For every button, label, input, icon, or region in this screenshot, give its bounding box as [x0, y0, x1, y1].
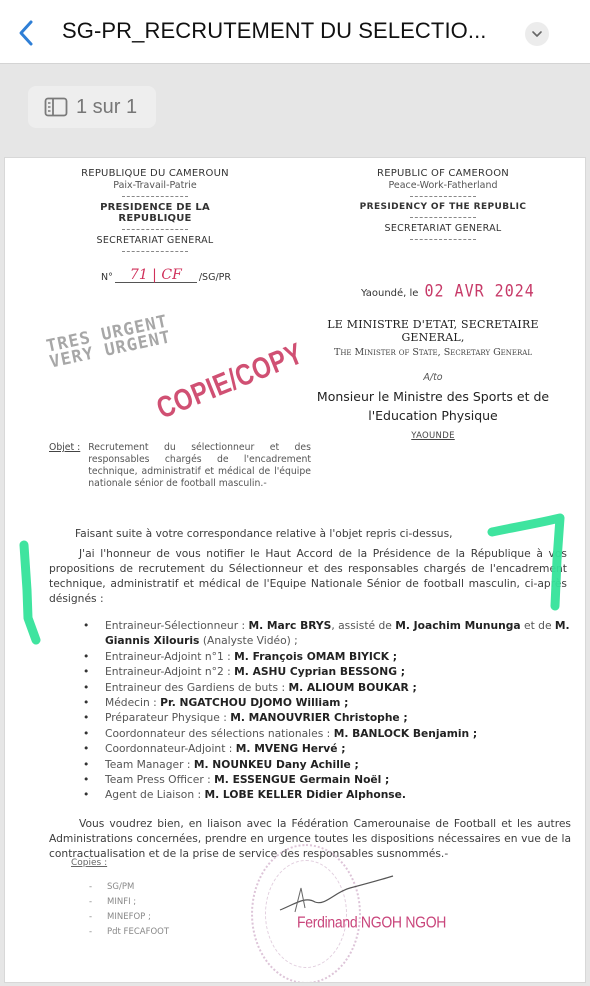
appointment-item: Entraineur des Gardiens de buts : M. ALI…	[83, 680, 573, 695]
subject-label: Objet :	[49, 442, 80, 490]
title-menu-button[interactable]	[525, 22, 549, 46]
motto-fr: Paix-Travail-Patrie	[65, 180, 245, 191]
sidebar-thumbnails-icon	[44, 97, 68, 117]
appointee-name: M. ESSENGUE Germain Noël ;	[214, 773, 389, 786]
page-count-label: 1 sur 1	[76, 96, 137, 119]
country-en: REPUBLIC OF CAMEROON	[351, 168, 535, 179]
copy-stamp: COPIE/COPY	[152, 337, 308, 427]
appointee-name: M. François OMAM BIYICK ;	[234, 650, 397, 663]
appointment-role: Coordonnateur des sélections nationales …	[105, 727, 334, 740]
page-indicator-button[interactable]: 1 sur 1	[28, 86, 156, 128]
divider	[122, 229, 188, 230]
subject-block: Objet : Recrutement du sélectionneur et …	[49, 442, 311, 490]
sender-title-fr: LE MINISTRE D'ETAT, SECRETAIRE GENERAL,	[299, 318, 567, 344]
appointment-item: Coordonnateur des sélections nationales …	[83, 726, 573, 741]
header-left: REPUBLIQUE DU CAMEROUN Paix-Travail-Patr…	[65, 168, 245, 257]
appointee-name: M. BANLOCK Benjamin ;	[334, 727, 477, 740]
appointment-role: Coordonnateur-Adjoint :	[105, 742, 236, 755]
sender-title-en: The Minister of State, Secretary General	[299, 347, 567, 358]
copies-list: SG/PMMINFI ;MINEFOP ;Pdt FECAFOOT	[71, 880, 169, 940]
appointment-item: Préparateur Physique : M. MANOUVRIER Chr…	[83, 710, 573, 725]
appointment-role: Préparateur Physique :	[105, 711, 230, 724]
appointee-name: M. MANOUVRIER Christophe ;	[230, 711, 407, 724]
date-line: Yaoundé, le 02 AVR 2024	[361, 282, 535, 300]
divider	[122, 251, 188, 252]
appointment-item: Team Press Officer : M. ESSENGUE Germain…	[83, 772, 573, 787]
appointment-role: Entraineur des Gardiens de buts :	[105, 681, 288, 694]
appointee-name: M. ALIOUM BOUKAR ;	[288, 681, 416, 694]
urgent-stamp: TRES URGENT VERY URGENT	[45, 314, 173, 371]
ato-label: A/to	[299, 372, 567, 383]
appointment-item: Médecin : Pr. NGATCHOU DJOMO William ;	[83, 695, 573, 710]
appointment-role: Entraineur-Adjoint n°2 :	[105, 665, 234, 678]
top-navigation-bar: SG-PR_RECRUTEMENT DU SELECTIO...	[0, 0, 590, 64]
signature-stroke	[275, 874, 395, 914]
copy-recipient: Pdt FECAFOOT	[89, 925, 169, 940]
appointment-item: Coordonnateur-Adjoint : M. MVENG Hervé ;	[83, 741, 573, 756]
copies-label: Copies :	[71, 858, 169, 868]
copy-recipient: MINFI ;	[89, 895, 169, 910]
department-en: SECRETARIAT GENERAL	[351, 223, 535, 234]
copies-block: Copies : SG/PMMINFI ;MINEFOP ;Pdt FECAFO…	[71, 858, 169, 940]
divider	[410, 217, 476, 218]
appointment-item: Entraineur-Sélectionneur : M. Marc BRYS,…	[83, 618, 573, 649]
appointee-name: M. NOUNKEU Dany Achille ;	[194, 758, 359, 771]
country-fr: REPUBLIQUE DU CAMEROUN	[65, 168, 245, 179]
appointment-item: Entraineur-Adjoint n°1 : M. François OMA…	[83, 649, 573, 664]
appointment-role: Médecin :	[105, 696, 160, 709]
reference-suffix: /SG/PR	[199, 272, 231, 283]
appointee-name: M. Joachim Mununga	[395, 619, 520, 632]
appointment-item: Agent de Liaison : M. LOBE KELLER Didier…	[83, 787, 573, 802]
copy-recipient: SG/PM	[89, 880, 169, 895]
header-right: REPUBLIC OF CAMEROON Peace-Work-Fatherla…	[351, 168, 535, 245]
appointment-role: Entraineur-Sélectionneur :	[105, 619, 248, 632]
motto-en: Peace-Work-Fatherland	[351, 180, 535, 191]
reference-handwritten: 71 | CF	[115, 268, 197, 283]
appointee-name: M. ASHU Cyprian BESSONG ;	[234, 665, 405, 678]
subject-text: Recrutement du sélectionneur et des resp…	[88, 442, 311, 490]
reference-number: N° 71 | CF /SG/PR	[101, 268, 231, 283]
reference-prefix: N°	[101, 272, 113, 283]
appointment-role: Entraineur-Adjoint n°1 :	[105, 650, 234, 663]
recipient: Monsieur le Ministre des Sports et de l'…	[299, 387, 567, 425]
signature-name: Ferdinand NGOH NGOH	[297, 913, 446, 931]
department-fr: SECRETARIAT GENERAL	[65, 235, 245, 246]
divider	[410, 239, 476, 240]
document-title: SG-PR_RECRUTEMENT DU SELECTIO...	[62, 18, 502, 44]
chevron-left-icon	[17, 19, 35, 47]
chevron-down-icon	[531, 30, 543, 38]
sender-block: LE MINISTRE D'ETAT, SECRETAIRE GENERAL, …	[299, 318, 567, 441]
body-paragraph: J'ai l'honneur de vous notifier le Haut …	[49, 546, 567, 606]
date-label: Yaoundé, le	[361, 288, 418, 299]
back-button[interactable]	[12, 18, 40, 48]
recipient-line-1: Monsieur le Ministre des Sports et de	[299, 387, 567, 406]
appointment-item: Entraineur-Adjoint n°2 : M. ASHU Cyprian…	[83, 664, 573, 679]
appointments-list: Entraineur-Sélectionneur : M. Marc BRYS,…	[83, 618, 573, 803]
appointment-role: Team Manager :	[105, 758, 194, 771]
intro-paragraph: Faisant suite à votre correspondance rel…	[75, 526, 545, 541]
divider	[122, 196, 188, 197]
office-fr: PRESIDENCE DE LA REPUBLIQUE	[65, 202, 245, 224]
office-en: PRESIDENCY OF THE REPUBLIC	[351, 202, 535, 212]
divider	[410, 196, 476, 197]
appointee-name: M. LOBE KELLER Didier Alphonse.	[205, 788, 406, 801]
appointee-name: Pr. NGATCHOU DJOMO William ;	[160, 696, 348, 709]
appointment-item: Team Manager : M. NOUNKEU Dany Achille ;	[83, 757, 573, 772]
recipient-city: YAOUNDE	[299, 431, 567, 441]
appointment-role: Agent de Liaison :	[105, 788, 205, 801]
document-page: REPUBLIQUE DU CAMEROUN Paix-Travail-Patr…	[4, 157, 586, 983]
appointment-role: Team Press Officer :	[105, 773, 214, 786]
appointee-name: M. Marc BRYS	[248, 619, 331, 632]
copy-recipient: MINEFOP ;	[89, 910, 169, 925]
recipient-line-2: l'Education Physique	[299, 406, 567, 425]
appointee-name: M. MVENG Hervé ;	[236, 742, 346, 755]
date-stamp: 02 AVR 2024	[424, 281, 534, 302]
